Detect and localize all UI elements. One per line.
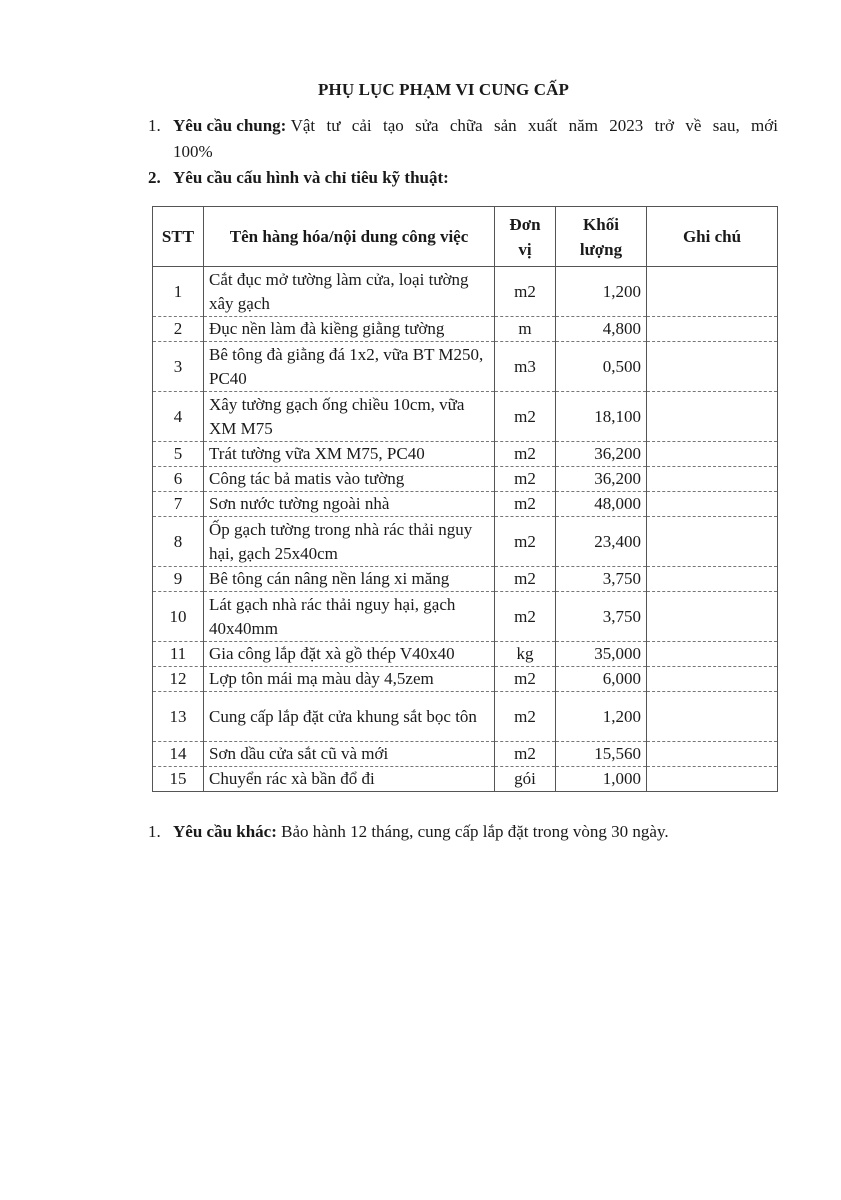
row-note bbox=[647, 742, 778, 767]
scope-table: STT Tên hàng hóa/nội dung công việc Đơnv… bbox=[152, 206, 778, 792]
row-stt: 14 bbox=[153, 742, 204, 767]
row-unit: m2 bbox=[495, 667, 556, 692]
table-row: 2Đục nền làm đà kiềng giằng tườngm4,800 bbox=[153, 317, 778, 342]
row-item-name: Lát gạch nhà rác thải nguy hại, gạch 40x… bbox=[204, 592, 495, 642]
row-item-name: Công tác bả matis vào tường bbox=[204, 467, 495, 492]
row-note bbox=[647, 517, 778, 567]
row-unit: m bbox=[495, 317, 556, 342]
general-requirements-label: Yêu cầu chung: bbox=[173, 113, 286, 139]
row-note bbox=[647, 767, 778, 792]
general-requirements: 1.Yêu cầu chung: Vật tư cải tạo sửa chữa… bbox=[148, 113, 778, 165]
row-item-name: Đục nền làm đà kiềng giằng tường bbox=[204, 317, 495, 342]
row-stt: 15 bbox=[153, 767, 204, 792]
row-note bbox=[647, 342, 778, 392]
row-stt: 11 bbox=[153, 642, 204, 667]
table-header-row: STT Tên hàng hóa/nội dung công việc Đơnv… bbox=[153, 207, 778, 267]
row-unit: m2 bbox=[495, 742, 556, 767]
row-item-name: Chuyển rác xà bần đổ đi bbox=[204, 767, 495, 792]
row-unit: kg bbox=[495, 642, 556, 667]
row-quantity: 3,750 bbox=[556, 567, 647, 592]
row-unit: m2 bbox=[495, 442, 556, 467]
row-stt: 3 bbox=[153, 342, 204, 392]
row-item-name: Lợp tôn mái mạ màu dày 4,5zem bbox=[204, 667, 495, 692]
row-quantity: 36,200 bbox=[556, 467, 647, 492]
table-row: 10Lát gạch nhà rác thải nguy hại, gạch 4… bbox=[153, 592, 778, 642]
row-note bbox=[647, 492, 778, 517]
other-requirements-text: Bảo hành 12 tháng, cung cấp lắp đặt tron… bbox=[281, 822, 668, 841]
table-row: 11Gia công lắp đặt xà gồ thép V40x40kg35… bbox=[153, 642, 778, 667]
header-unit: Đơnvị bbox=[495, 207, 556, 267]
table-row: 8Ốp gạch tường trong nhà rác thải nguy h… bbox=[153, 517, 778, 567]
row-note bbox=[647, 642, 778, 667]
general-requirements-text: Vật tư cải tạo sửa chữa sản xuất năm 202… bbox=[291, 113, 778, 139]
row-quantity: 1,000 bbox=[556, 767, 647, 792]
row-note bbox=[647, 442, 778, 467]
row-item-name: Bê tông cán nâng nền láng xi măng bbox=[204, 567, 495, 592]
row-quantity: 1,200 bbox=[556, 267, 647, 317]
row-quantity: 48,000 bbox=[556, 492, 647, 517]
table-row: 4Xây tường gạch ống chiều 10cm, vữa XM M… bbox=[153, 392, 778, 442]
table-row: 5Trát tường vữa XM M75, PC40m236,200 bbox=[153, 442, 778, 467]
row-stt: 4 bbox=[153, 392, 204, 442]
header-name: Tên hàng hóa/nội dung công việc bbox=[204, 207, 495, 267]
row-stt: 6 bbox=[153, 467, 204, 492]
row-quantity: 35,000 bbox=[556, 642, 647, 667]
row-unit: gói bbox=[495, 767, 556, 792]
row-quantity: 1,200 bbox=[556, 692, 647, 742]
row-item-name: Bê tông đà giằng đá 1x2, vữa BT M250, PC… bbox=[204, 342, 495, 392]
row-unit: m2 bbox=[495, 392, 556, 442]
row-item-name: Ốp gạch tường trong nhà rác thải nguy hạ… bbox=[204, 517, 495, 567]
header-stt: STT bbox=[153, 207, 204, 267]
table-row: 9Bê tông cán nâng nền láng xi măngm23,75… bbox=[153, 567, 778, 592]
table-row: 15Chuyển rác xà bần đổ đigói1,000 bbox=[153, 767, 778, 792]
row-quantity: 18,100 bbox=[556, 392, 647, 442]
row-quantity: 4,800 bbox=[556, 317, 647, 342]
row-item-name: Gia công lắp đặt xà gồ thép V40x40 bbox=[204, 642, 495, 667]
other-requirements: 1.Yêu cầu khác: Bảo hành 12 tháng, cung … bbox=[148, 819, 778, 845]
table-row: 7Sơn nước tường ngoài nhàm248,000 bbox=[153, 492, 778, 517]
other-requirements-label: Yêu cầu khác: bbox=[173, 822, 277, 841]
row-unit: m2 bbox=[495, 267, 556, 317]
technical-specs-label: Yêu cầu cấu hình và chỉ tiêu kỹ thuật: bbox=[173, 168, 449, 187]
table-row: 6Công tác bả matis vào tườngm236,200 bbox=[153, 467, 778, 492]
row-quantity: 23,400 bbox=[556, 517, 647, 567]
row-unit: m2 bbox=[495, 517, 556, 567]
row-quantity: 3,750 bbox=[556, 592, 647, 642]
row-quantity: 0,500 bbox=[556, 342, 647, 392]
section-number: 1. bbox=[148, 113, 173, 139]
row-stt: 13 bbox=[153, 692, 204, 742]
row-stt: 5 bbox=[153, 442, 204, 467]
row-unit: m2 bbox=[495, 692, 556, 742]
row-quantity: 15,560 bbox=[556, 742, 647, 767]
row-item-name: Sơn nước tường ngoài nhà bbox=[204, 492, 495, 517]
row-note bbox=[647, 667, 778, 692]
table-row: 3Bê tông đà giằng đá 1x2, vữa BT M250, P… bbox=[153, 342, 778, 392]
row-item-name: Cắt đục mở tường làm cửa, loại tường xây… bbox=[204, 267, 495, 317]
row-quantity: 6,000 bbox=[556, 667, 647, 692]
row-unit: m2 bbox=[495, 567, 556, 592]
row-item-name: Xây tường gạch ống chiều 10cm, vữa XM M7… bbox=[204, 392, 495, 442]
row-stt: 9 bbox=[153, 567, 204, 592]
row-note bbox=[647, 567, 778, 592]
row-stt: 10 bbox=[153, 592, 204, 642]
table-row: 13Cung cấp lắp đặt cửa khung sắt bọc tôn… bbox=[153, 692, 778, 742]
section-number: 1. bbox=[148, 819, 173, 845]
row-stt: 1 bbox=[153, 267, 204, 317]
header-note: Ghi chú bbox=[647, 207, 778, 267]
row-item-name: Sơn dầu cửa sắt cũ và mới bbox=[204, 742, 495, 767]
row-stt: 2 bbox=[153, 317, 204, 342]
row-unit: m2 bbox=[495, 467, 556, 492]
technical-specs-heading: 2.Yêu cầu cấu hình và chỉ tiêu kỹ thuật: bbox=[148, 165, 778, 191]
row-unit: m2 bbox=[495, 492, 556, 517]
row-unit: m2 bbox=[495, 592, 556, 642]
table-row: 12Lợp tôn mái mạ màu dày 4,5zemm26,000 bbox=[153, 667, 778, 692]
table-row: 14Sơn dầu cửa sắt cũ và mớim215,560 bbox=[153, 742, 778, 767]
row-stt: 8 bbox=[153, 517, 204, 567]
page-title: PHỤ LỤC PHẠM VI CUNG CẤP bbox=[0, 80, 841, 100]
general-requirements-text-cont: 100% bbox=[148, 139, 778, 165]
row-stt: 12 bbox=[153, 667, 204, 692]
row-note bbox=[647, 692, 778, 742]
row-unit: m3 bbox=[495, 342, 556, 392]
row-stt: 7 bbox=[153, 492, 204, 517]
row-note bbox=[647, 592, 778, 642]
section-number: 2. bbox=[148, 165, 173, 191]
header-quantity: Khốilượng bbox=[556, 207, 647, 267]
row-item-name: Trát tường vữa XM M75, PC40 bbox=[204, 442, 495, 467]
row-note bbox=[647, 317, 778, 342]
row-quantity: 36,200 bbox=[556, 442, 647, 467]
table-row: 1Cắt đục mở tường làm cửa, loại tường xâ… bbox=[153, 267, 778, 317]
row-note bbox=[647, 467, 778, 492]
row-item-name: Cung cấp lắp đặt cửa khung sắt bọc tôn bbox=[204, 692, 495, 742]
row-note bbox=[647, 267, 778, 317]
row-note bbox=[647, 392, 778, 442]
